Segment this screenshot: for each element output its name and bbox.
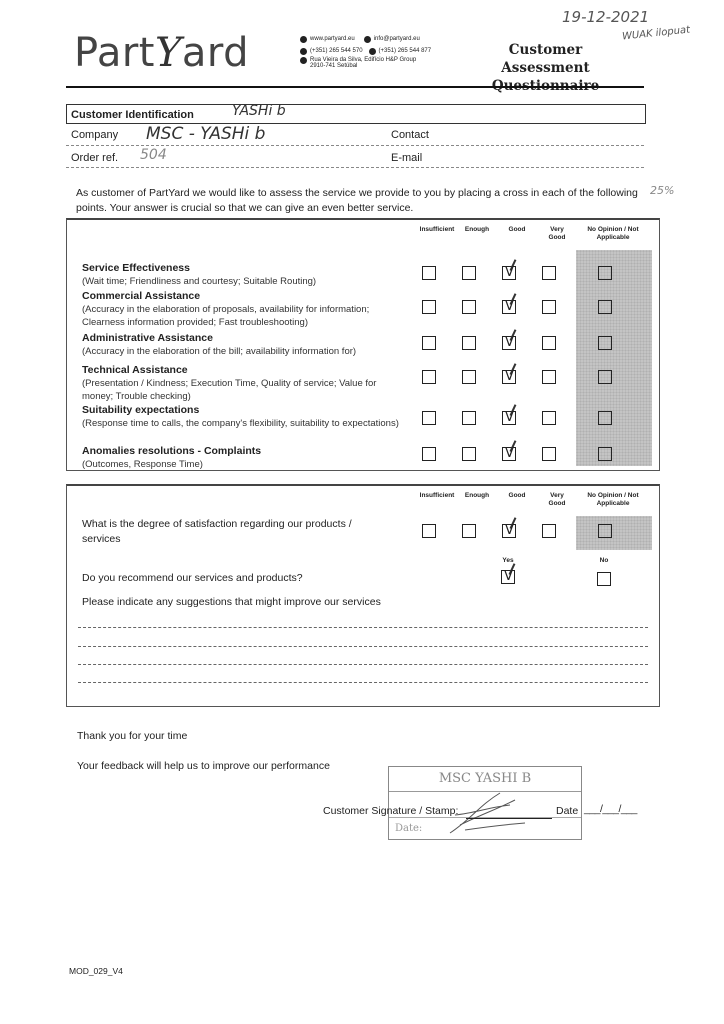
question-title: Service Effectiveness [82, 262, 190, 274]
email-icon [364, 36, 371, 43]
intro-text: As customer of PartYard we would like to… [76, 186, 656, 216]
email-label: E-mail [391, 152, 422, 164]
satisfaction-checkbox-no-opinion-not-applicable[interactable] [598, 524, 612, 538]
email-text: info@partyard.eu [374, 36, 420, 42]
rating-checkbox-very-good[interactable] [542, 411, 556, 425]
rating-checkbox-insufficient[interactable] [422, 300, 436, 314]
rating-checkbox-no-opinion-not-applicable[interactable] [598, 411, 612, 425]
rating-checkbox-insufficient[interactable] [422, 336, 436, 350]
contact-block: www.partyard.eu info@partyard.eu (+351) … [300, 33, 431, 73]
question-description: (Wait time; Friendliness and courtesy; S… [82, 275, 402, 288]
date-field[interactable]: ___/___/___ [584, 803, 637, 815]
rating-checkbox-no-opinion-not-applicable[interactable] [598, 336, 612, 350]
column-header-very-good: Very Good [542, 226, 572, 242]
no-label: No [594, 557, 614, 565]
margin-note: 25% [650, 184, 674, 197]
column-header-no-opinion-not-applicable: No Opinion / Not Applicable [573, 226, 653, 242]
suggestion-line-4[interactable] [78, 682, 648, 684]
column-header-good: Good [497, 226, 537, 234]
rating-checkbox-very-good[interactable] [542, 300, 556, 314]
fax-icon [369, 48, 376, 55]
suggestion-line-1[interactable] [78, 627, 648, 629]
na-shading-satisfaction [576, 516, 652, 550]
na-column-shading [576, 250, 652, 466]
column-header-good: Good [497, 492, 537, 500]
rating-checkbox-enough[interactable] [462, 266, 476, 280]
rating-checkbox-good[interactable] [502, 411, 516, 425]
website-text: www.partyard.eu [310, 36, 355, 42]
question-description: (Outcomes, Response Time) [82, 458, 402, 471]
satisfaction-checkbox-insufficient[interactable] [422, 524, 436, 538]
company-row-line [66, 145, 644, 146]
rating-checkbox-good[interactable] [502, 447, 516, 461]
signature-line[interactable] [466, 818, 552, 819]
recommend-yes-checkbox[interactable] [501, 570, 515, 584]
header-divider [66, 86, 644, 88]
question-title: Commercial Assistance [82, 290, 200, 302]
rating-checkbox-very-good[interactable] [542, 336, 556, 350]
rating-checkbox-enough[interactable] [462, 336, 476, 350]
question-description: (Response time to calls, the company's f… [82, 417, 402, 430]
phone1-text: (+351) 265 544 570 [310, 48, 363, 54]
satisfaction-checkbox-good[interactable] [502, 524, 516, 538]
company-label: Company [71, 129, 118, 141]
rating-checkbox-no-opinion-not-applicable[interactable] [598, 370, 612, 384]
rating-checkbox-insufficient[interactable] [422, 370, 436, 384]
partyard-logo: PartYard [74, 30, 249, 76]
rating-checkbox-good[interactable] [502, 336, 516, 350]
order-ref-label: Order ref. [71, 152, 118, 164]
location-icon [300, 57, 307, 64]
rating-checkbox-good[interactable] [502, 370, 516, 384]
address-text: Rua Vieira da Silva, Edifício H&P Group … [310, 57, 416, 69]
rating-checkbox-no-opinion-not-applicable[interactable] [598, 266, 612, 280]
thanks-text: Thank you for your time [77, 730, 187, 742]
rating-checkbox-enough[interactable] [462, 370, 476, 384]
column-header-enough: Enough [457, 226, 497, 234]
order-row-line [66, 167, 644, 168]
rating-checkbox-very-good[interactable] [542, 447, 556, 461]
form-code: MOD_029_V4 [69, 966, 123, 976]
phone2-text: (+351) 265 544 877 [379, 48, 432, 54]
phone-icon [300, 48, 307, 55]
rating-checkbox-enough[interactable] [462, 300, 476, 314]
satisfaction-question: What is the degree of satisfaction regar… [82, 517, 382, 547]
signature-label: Customer Signature / Stamp: [323, 805, 458, 817]
question-description: (Accuracy in the elaboration of the bill… [82, 345, 402, 358]
rating-checkbox-good[interactable] [502, 266, 516, 280]
rating-checkbox-very-good[interactable] [542, 266, 556, 280]
question-description: (Accuracy in the elaboration of proposal… [82, 303, 402, 329]
rating-checkbox-enough[interactable] [462, 411, 476, 425]
satisfaction-checkbox-very-good[interactable] [542, 524, 556, 538]
rating-checkbox-no-opinion-not-applicable[interactable] [598, 300, 612, 314]
customer-identification-label: Customer Identification [71, 109, 194, 121]
question-title: Suitability expectations [82, 404, 199, 416]
suggestion-line-2[interactable] [78, 646, 648, 648]
rating-checkbox-insufficient[interactable] [422, 411, 436, 425]
rating-checkbox-good[interactable] [502, 300, 516, 314]
rating-checkbox-insufficient[interactable] [422, 266, 436, 280]
stamp-date-label: Date: [395, 823, 422, 834]
column-header-insufficient: Insufficient [412, 492, 462, 500]
satisfaction-checkbox-enough[interactable] [462, 524, 476, 538]
question-description: (Presentation / Kindness; Execution Time… [82, 377, 402, 403]
date-label: Date [556, 805, 578, 817]
rating-checkbox-no-opinion-not-applicable[interactable] [598, 447, 612, 461]
rating-checkbox-enough[interactable] [462, 447, 476, 461]
recommend-no-checkbox[interactable] [597, 572, 611, 586]
globe-icon [300, 36, 307, 43]
column-header-no-opinion-not-applicable: No Opinion / Not Applicable [573, 492, 653, 508]
question-title: Anomalies resolutions - Complaints [82, 445, 261, 457]
company-value[interactable]: MSC - YASHi b [146, 124, 265, 144]
column-header-very-good: Very Good [542, 492, 572, 508]
contact-label: Contact [391, 129, 429, 141]
suggestion-line-3[interactable] [78, 664, 648, 666]
rating-checkbox-very-good[interactable] [542, 370, 556, 384]
question-title: Technical Assistance [82, 364, 188, 376]
handwritten-note: WUAK ilopuat [622, 24, 691, 42]
customer-identification-value[interactable]: YASHi b [232, 103, 286, 119]
feedback-text: Your feedback will help us to improve ou… [77, 760, 330, 772]
question-title: Administrative Assistance [82, 332, 213, 344]
suggestions-label: Please indicate any suggestions that mig… [82, 596, 381, 608]
rating-checkbox-insufficient[interactable] [422, 447, 436, 461]
order-ref-value[interactable]: 504 [140, 147, 167, 163]
column-header-insufficient: Insufficient [412, 226, 462, 234]
column-header-enough: Enough [457, 492, 497, 500]
handwritten-date: 19-12-2021 [562, 8, 649, 26]
recommend-question: Do you recommend our services and produc… [82, 572, 303, 584]
